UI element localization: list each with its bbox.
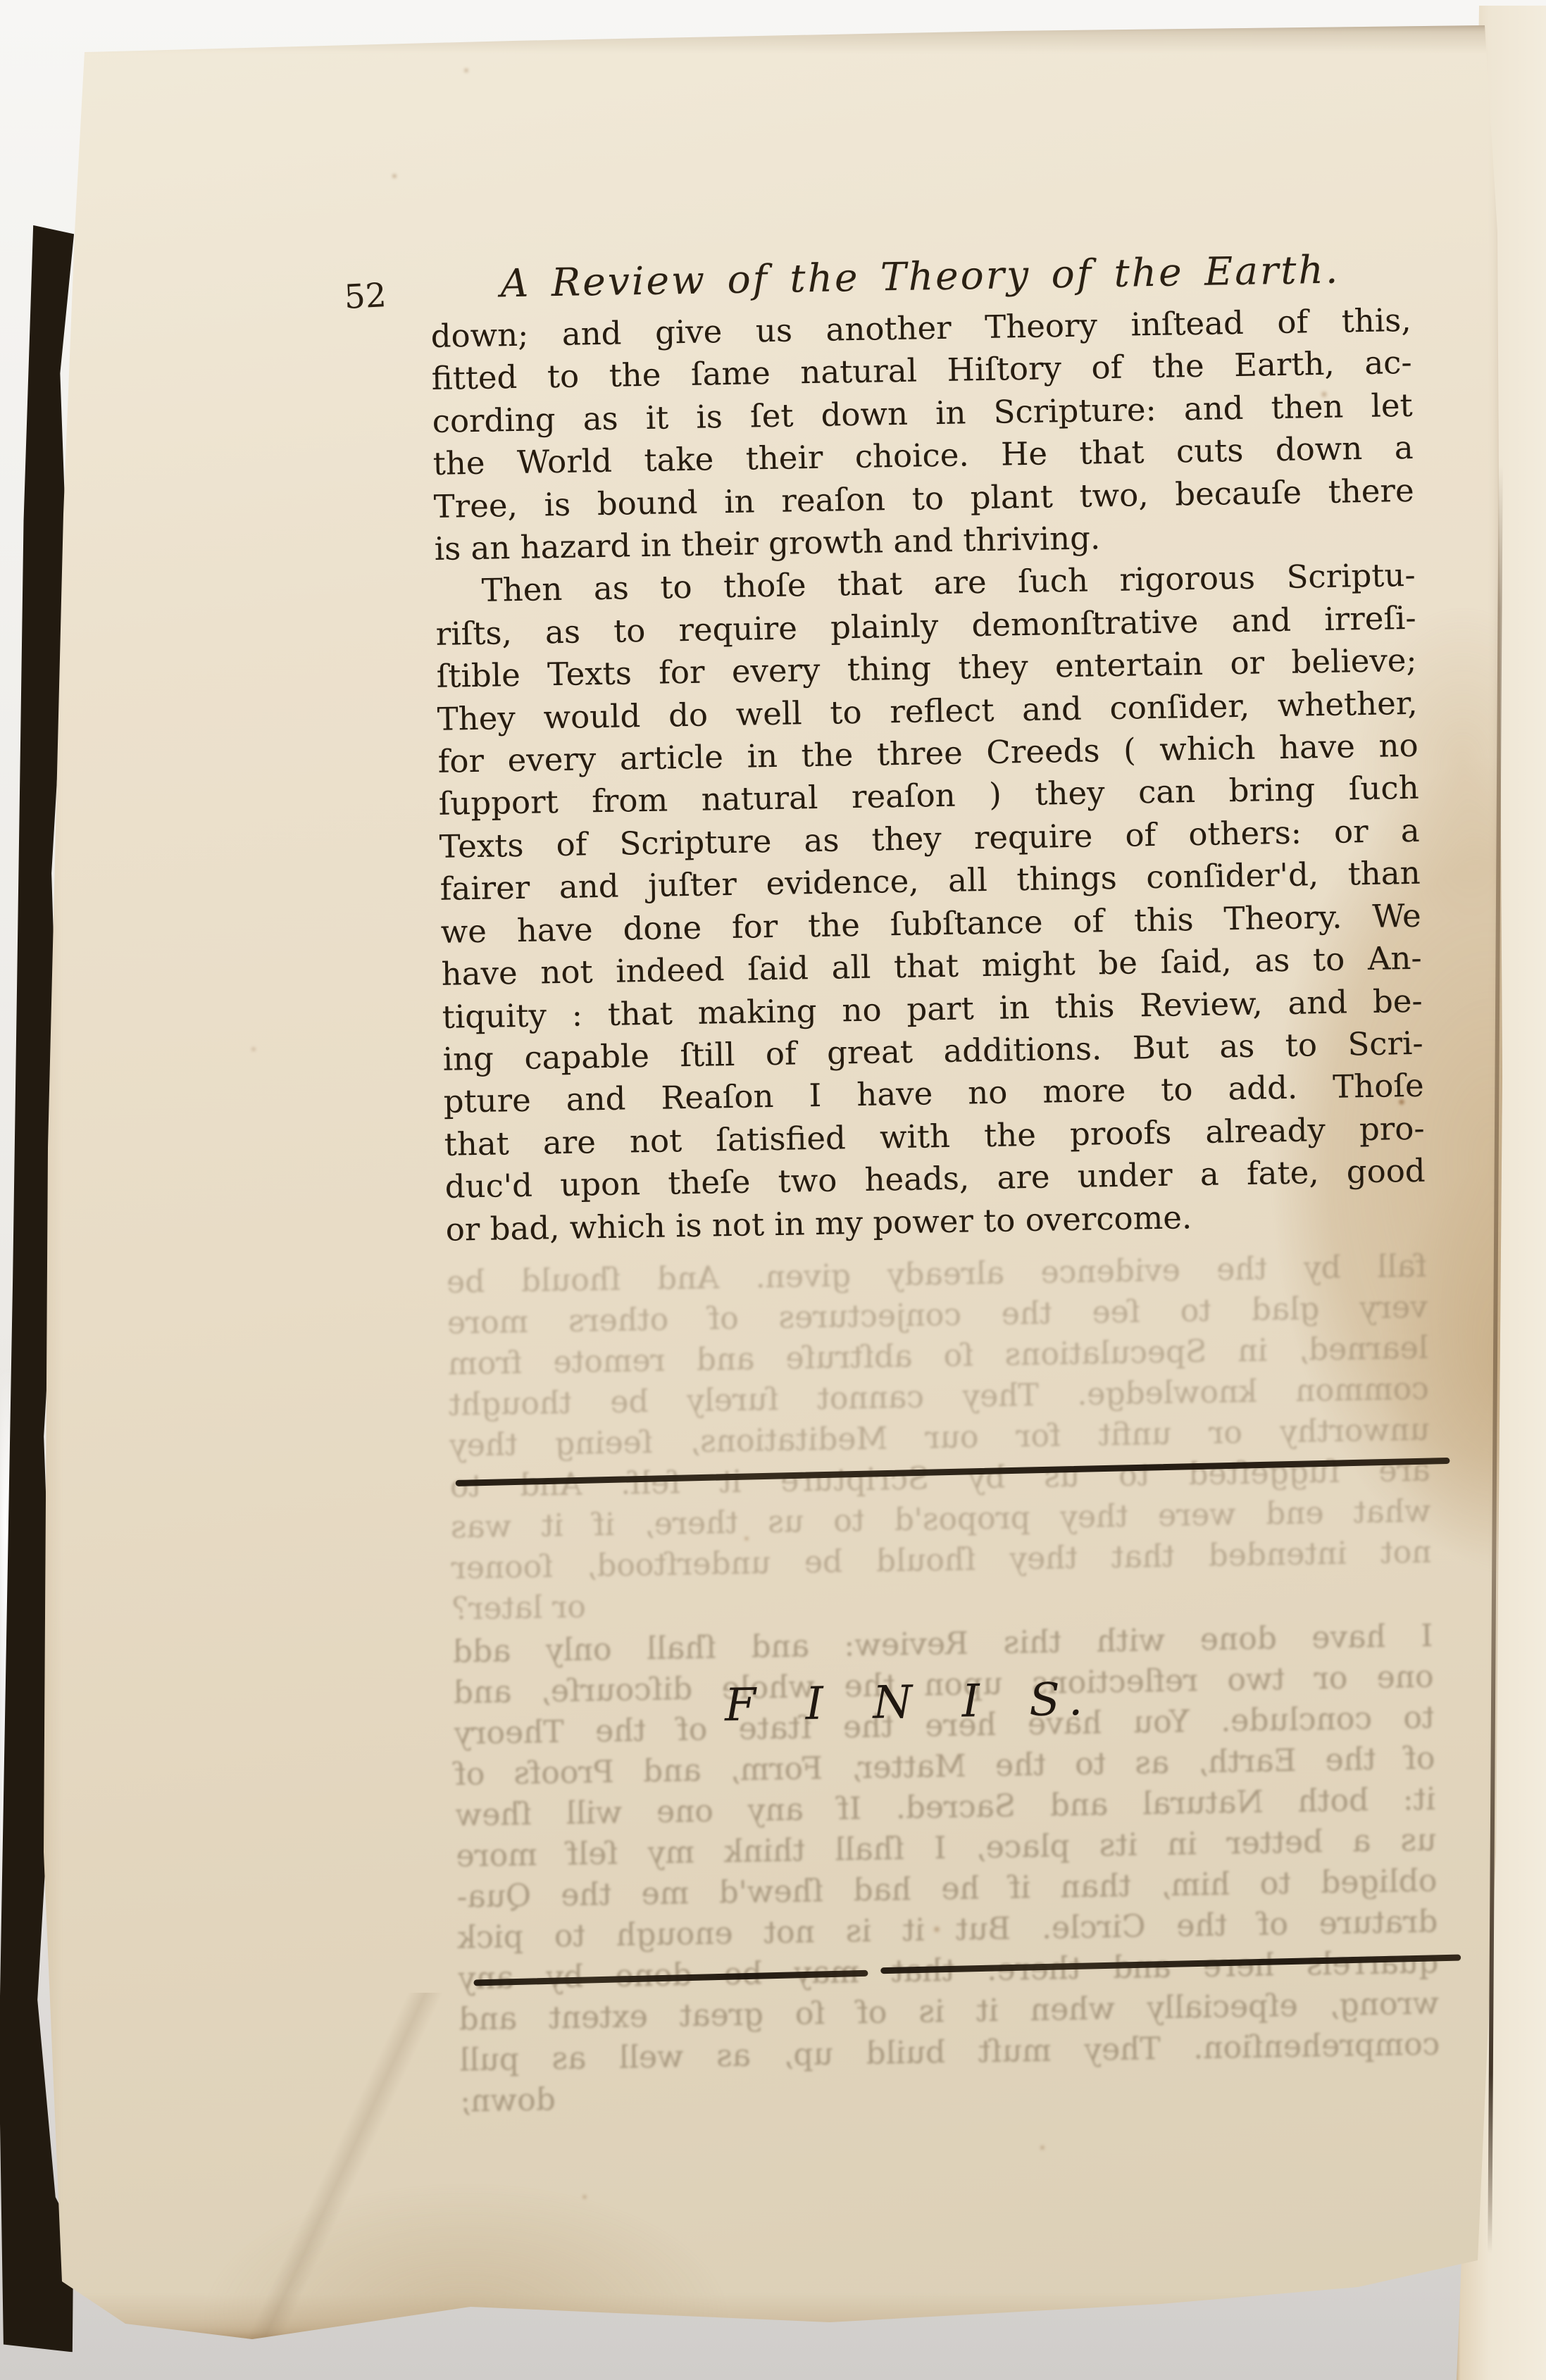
page-number: 52	[343, 276, 387, 317]
photo-background: 52 A Review of the Theory of the Earth. …	[0, 0, 1546, 2380]
bleedthrough-text-upper: fall by the evidence already given. And …	[447, 1246, 1433, 1630]
body-text: down; and give us another Theory inſtead…	[430, 299, 1426, 1251]
